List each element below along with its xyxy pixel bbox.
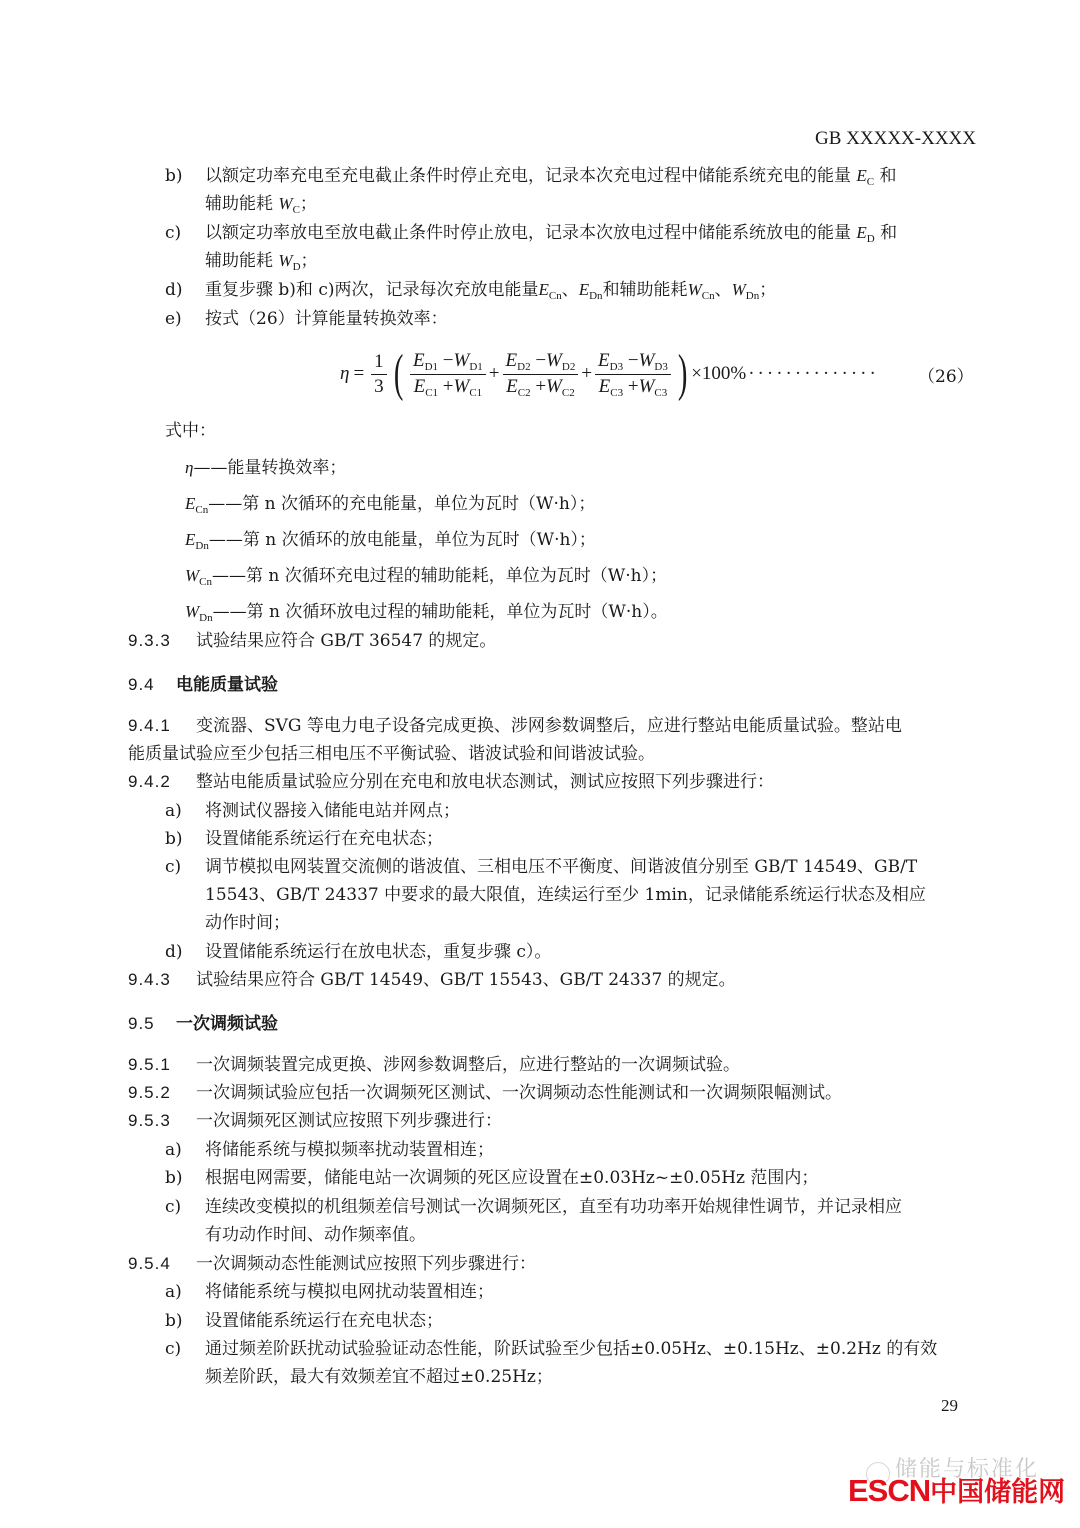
term-1: ED1 −WD1 EC1 +WC1 (410, 350, 486, 399)
list-item-c: c)通过频差阶跃扰动试验验证动态性能，阶跃试验至少包括±0.05Hz、±0.15… (165, 1338, 937, 1360)
document-page: GB XXXXX-XXXX b)以额定功率充电至充电截止条件时停止充电，记录本次… (0, 0, 1080, 1528)
list-item-a: a)将储能系统与模拟频率扰动装置相连； (165, 1139, 494, 1161)
definition-edn: EDn——第 n 次循环的放电能量，单位为瓦时（W·h）； (185, 529, 596, 557)
coefficient-fraction: 1 3 (371, 351, 387, 398)
where-label: 式中： (165, 420, 216, 442)
list-item-a: a)将储能系统与模拟电网扰动装置相连； (165, 1281, 494, 1303)
efficiency-formula: η = 1 3 ( ED1 −WD1 EC1 +WC1 + ED2 −WD2 E… (340, 342, 879, 406)
definition-eta: η——能量转换效率； (185, 457, 346, 485)
list-item-c-cont: 15543、GB/T 24337 中要求的最大限值，连续运行至少 1min，记录… (205, 884, 926, 906)
list-item-d: d)重复步骤 b)和 c)两次，记录每次充放电能量ECn、EDn和辅助能耗WCn… (165, 279, 776, 307)
clause-9-4-3: 9.4.3试验结果应符合 GB/T 14549、GB/T 15543、GB/T … (128, 969, 736, 991)
term-2: ED2 −WD2 EC2 +WC2 (503, 350, 579, 399)
list-item-a: a)将测试仪器接入储能电站并网点； (165, 800, 460, 822)
clause-9-5-1: 9.5.1一次调频装置完成更换、涉网参数调整后，应进行整站的一次调频试验。 (128, 1054, 740, 1076)
list-item-d: d)设置储能系统运行在放电状态，重复步骤 c）。 (165, 941, 551, 963)
clause-9-4-1: 9.4.1变流器、SVG 等电力电子设备完成更换、涉网参数调整后，应进行整站电能… (128, 715, 902, 737)
clause-9-3-3: 9.3.3试验结果应符合 GB/T 36547 的规定。 (128, 630, 496, 652)
escn-watermark-logo: ESCN 中国储能网 (848, 1470, 1065, 1509)
clause-9-5-4: 9.5.4一次调频动态性能测试应按照下列步骤进行： (128, 1253, 536, 1275)
list-item-b: b)根据电网需要，储能电站一次调频的死区应设置在±0.03Hz~±0.05Hz … (165, 1167, 818, 1189)
list-item-c-cont: 动作时间； (205, 912, 290, 934)
definition-ecn: ECn——第 n 次循环的充电能量，单位为瓦时（W·h）； (185, 493, 595, 521)
list-item-c-cont: 频差阶跃，最大有效频差宜不超过±0.25Hz； (205, 1366, 553, 1388)
list-item-c-cont: 辅助能耗 WD； (205, 250, 318, 278)
definition-wdn: WDn——第 n 次循环放电过程的辅助能耗，单位为瓦时（W·h）。 (185, 601, 668, 629)
list-item-b: b)设置储能系统运行在充电状态； (165, 828, 443, 850)
clause-9-4-2: 9.4.2整站电能质量试验应分别在充电和放电状态测试，测试应按照下列步骤进行： (128, 771, 774, 793)
page-number: 29 (941, 1396, 958, 1416)
list-item-c: c)连续改变模拟的机组频差信号测试一次调频死区，直至有功功率开始规律性调节，并记… (165, 1196, 902, 1218)
list-item-c-cont: 有功动作时间、动作频率值。 (205, 1224, 426, 1246)
section-heading-9-4: 9.4电能质量试验 (128, 674, 278, 696)
equation-number: （26） (918, 362, 974, 387)
document-code: GB XXXXX-XXXX (815, 128, 976, 150)
clause-9-5-2: 9.5.2一次调频试验应包括一次调频死区测试、一次调频动态性能测试和一次调频限幅… (128, 1082, 842, 1104)
list-item-c: c)以额定功率放电至放电截止条件时停止放电，记录本次放电过程中储能系统放电的能量… (165, 222, 897, 250)
clause-9-4-1-cont: 能质量试验应至少包括三相电压不平衡试验、谐波试验和间谐波试验。 (128, 743, 655, 765)
clause-9-5-3: 9.5.3一次调频死区测试应按照下列步骤进行： (128, 1110, 502, 1132)
definition-wcn: WCn——第 n 次循环充电过程的辅助能耗，单位为瓦时（W·h）； (185, 565, 667, 593)
term-3: ED3 −WD3 EC3 +WC3 (595, 350, 671, 399)
list-item-e: e)按式（26）计算能量转换效率： (165, 308, 448, 330)
section-heading-9-5: 9.5一次调频试验 (128, 1013, 278, 1035)
list-item-c: c)调节模拟电网装置交流侧的谐波值、三相电压不平衡度、间谐波值分别至 GB/T … (165, 856, 917, 878)
list-item-b-cont: 辅助能耗 WC； (205, 193, 317, 221)
list-item-b: b)以额定功率充电至充电截止条件时停止充电，记录本次充电过程中储能系统充电的能量… (165, 165, 897, 193)
list-item-b: b)设置储能系统运行在充电状态； (165, 1310, 443, 1332)
